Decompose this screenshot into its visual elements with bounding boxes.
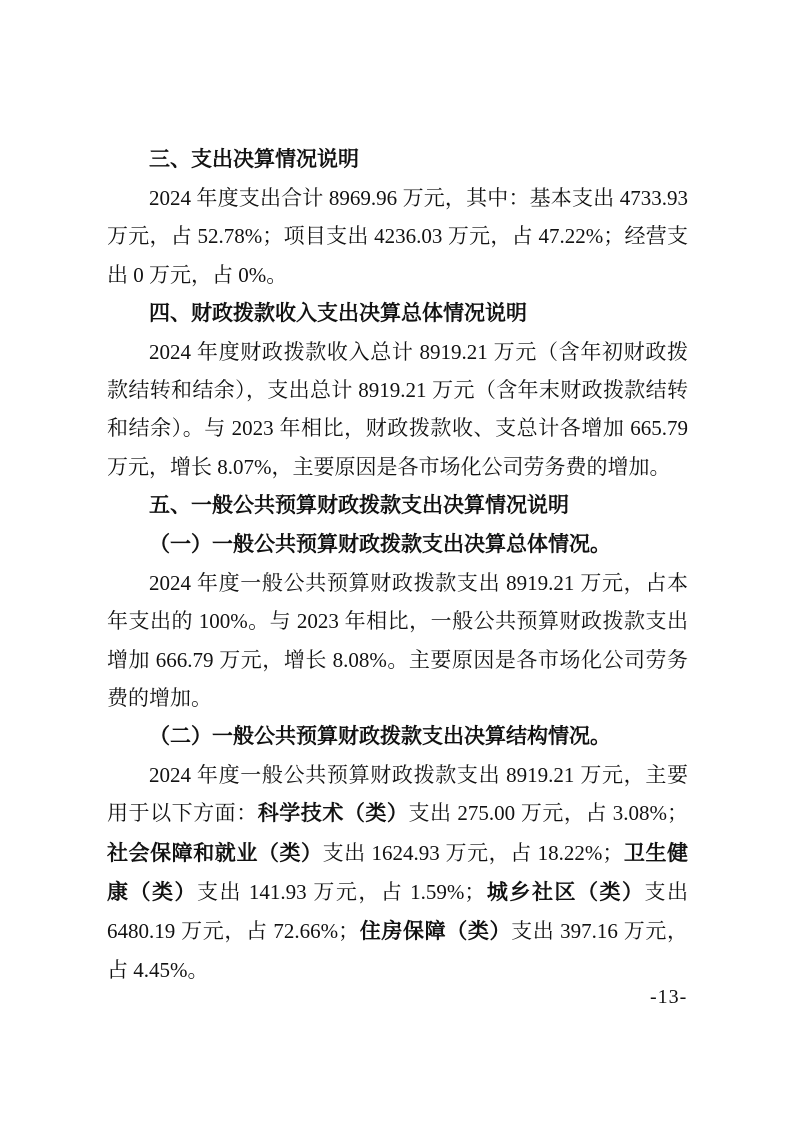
body-text: 支出 1624.93 万元，占 18.22%； bbox=[323, 841, 624, 865]
body-text: 2024 年度财政拨款收入总计 8919.21 万元（含年初财政拨款结转和结余）… bbox=[107, 340, 688, 479]
emphasis-text: 五、一般公共预算财政拨款支出决算情况说明 bbox=[149, 494, 569, 517]
section-heading: （二）一般公共预算财政拨款支出决算结构情况。 bbox=[107, 717, 688, 756]
emphasis-text: 三、支出决算情况说明 bbox=[149, 148, 359, 171]
body-text: 支出 141.93 万元，占 1.59%； bbox=[197, 880, 485, 904]
emphasis-text: 城乡社区（类） bbox=[485, 881, 644, 904]
emphasis-text: 住房保障（类） bbox=[359, 920, 511, 943]
emphasis-text: 科学技术（类） bbox=[258, 802, 409, 825]
body-text: 2024 年度支出合计 8969.96 万元，其中：基本支出 4733.93 万… bbox=[107, 186, 688, 286]
section-heading: 五、一般公共预算财政拨款支出决算情况说明 bbox=[107, 486, 688, 525]
paragraph: 2024 年度财政拨款收入总计 8919.21 万元（含年初财政拨款结转和结余）… bbox=[107, 333, 688, 486]
section-heading: 三、支出决算情况说明 bbox=[107, 140, 688, 179]
emphasis-text: （一）一般公共预算财政拨款支出决算总体情况。 bbox=[149, 533, 611, 556]
paragraph: 2024 年度一般公共预算财政拨款支出 8919.21 万元，主要用于以下方面：… bbox=[107, 756, 688, 989]
emphasis-text: （二）一般公共预算财政拨款支出决算结构情况。 bbox=[149, 725, 611, 748]
section-heading: （一）一般公共预算财政拨款支出决算总体情况。 bbox=[107, 525, 688, 564]
page-number: -13- bbox=[650, 986, 687, 1009]
paragraph: 2024 年度一般公共预算财政拨款支出 8919.21 万元，占本年支出的 10… bbox=[107, 564, 688, 717]
section-heading: 四、财政拨款收入支出决算总体情况说明 bbox=[107, 294, 688, 333]
body-text: 2024 年度一般公共预算财政拨款支出 8919.21 万元，占本年支出的 10… bbox=[107, 571, 688, 710]
paragraph: 2024 年度支出合计 8969.96 万元，其中：基本支出 4733.93 万… bbox=[107, 179, 688, 294]
body-text: 支出 275.00 万元，占 3.08%； bbox=[408, 801, 688, 825]
document-content: 三、支出决算情况说明2024 年度支出合计 8969.96 万元，其中：基本支出… bbox=[107, 140, 688, 989]
emphasis-text: 四、财政拨款收入支出决算总体情况说明 bbox=[149, 302, 527, 325]
document-page: 三、支出决算情况说明2024 年度支出合计 8969.96 万元，其中：基本支出… bbox=[0, 0, 793, 1122]
emphasis-text: 社会保障和就业（类） bbox=[107, 842, 323, 865]
